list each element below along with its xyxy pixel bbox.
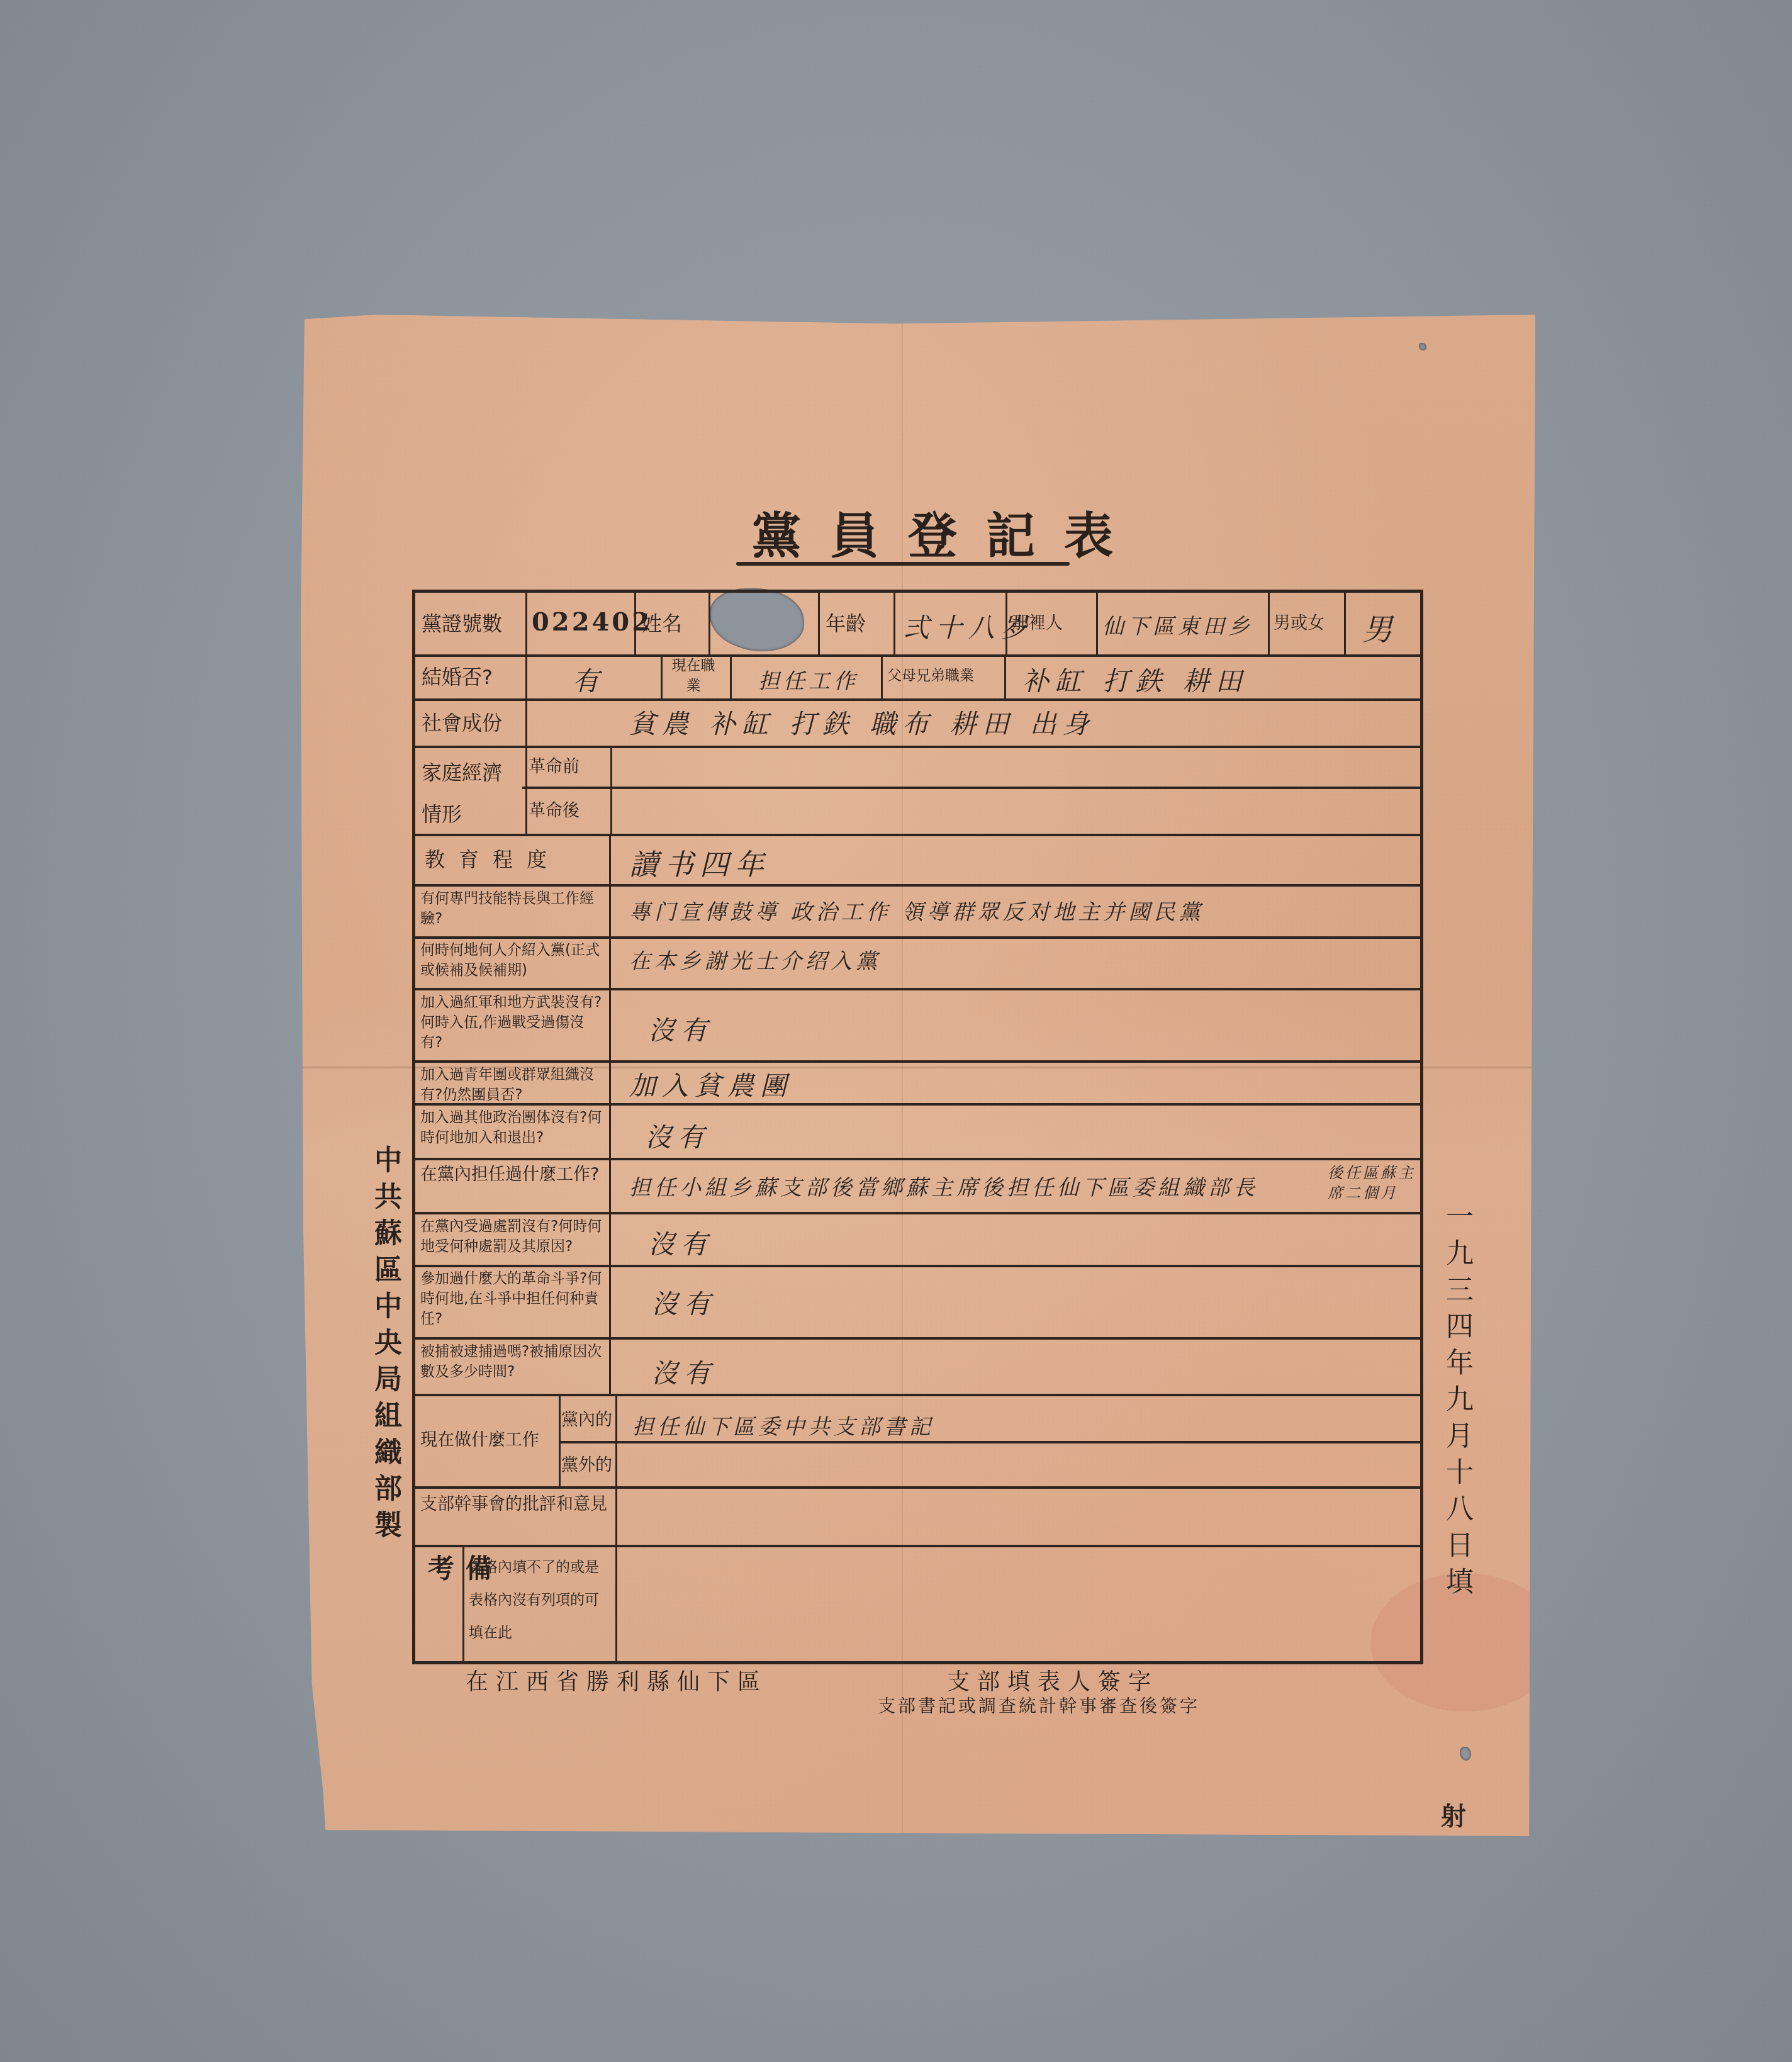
col-divider (730, 654, 732, 698)
row-divider (412, 654, 1423, 657)
row-divider (412, 1486, 1423, 1489)
col-divider (525, 654, 527, 698)
col-divider (1004, 654, 1006, 698)
married-value: 有 (573, 661, 605, 698)
question-label-youth-league: 加入過青年團或群眾組織沒有?仍然團員否? (420, 1065, 603, 1105)
col-divider (1096, 591, 1098, 654)
name-label: 姓名 (642, 610, 682, 637)
education-value: 讀书四年 (629, 842, 770, 883)
party-card-number-label: 黨證號數 (422, 610, 502, 637)
occupation-value: 担任工作 (758, 664, 859, 695)
party-card-number-value: 022402 (532, 607, 652, 637)
branch-comment-label: 支部幹事會的批評和意見 (420, 1493, 609, 1516)
row-divider (412, 988, 1423, 990)
question-value-party-positions: 担任小組乡蘇支部後當鄉蘇主席後担任仙下區委組織部長 (629, 1170, 1258, 1201)
question-value-struggles: 沒有 (651, 1284, 717, 1321)
row-divider (412, 746, 1423, 748)
question-label-punishment: 在黨內受過處罰沒有?何時何地受何种處罰及其原因? (420, 1216, 603, 1257)
question-value-red-army: 沒有 (648, 1010, 714, 1048)
in-party-work-value: 担任仙下區委中共支部書記 (632, 1409, 934, 1440)
origin-value: 仙下區東田乡 (1102, 609, 1253, 640)
document-title: 黨員登記表 (752, 497, 1079, 568)
footer-reviewer: 支部書記或調查統計幹事審查後簽字 (878, 1693, 1200, 1718)
question-label-party-positions: 在黨內担任過什麼工作? (420, 1163, 603, 1187)
question-label-skills: 有何專門技能特長與工作經驗? (420, 888, 603, 929)
col-divider (615, 1545, 617, 1664)
col-divider (708, 591, 710, 654)
col-divider (525, 698, 527, 834)
origin-label: 那裡人 (1012, 612, 1063, 636)
question-value-joined-party: 在本乡謝光士介绍入黨 (629, 944, 881, 975)
publisher-vertical-text: 中共蘇區中央局組織部製 (365, 1145, 405, 1547)
col-divider (610, 746, 612, 834)
small-hole (1419, 343, 1426, 350)
row-divider (412, 884, 1423, 887)
title-underline (736, 562, 1070, 566)
education-label: 教育程度 (425, 846, 561, 873)
row-divider (412, 1337, 1423, 1340)
row-divider (412, 1265, 1423, 1267)
row-divider (412, 1545, 1423, 1547)
row-divider (412, 698, 1423, 701)
question-label-red-army: 加入過紅軍和地方武裝沒有?何時入伍,作過戰受過傷沒有? (420, 992, 603, 1053)
col-divider (609, 834, 611, 1394)
col-divider (615, 1394, 617, 1486)
question-label-other-groups: 加入過其他政治團体沒有?何時何地加入和退出? (420, 1107, 603, 1148)
col-divider (1344, 591, 1346, 654)
question-value-other-groups: 沒有 (645, 1117, 710, 1155)
parents-occupation-label: 父母兄弟職業 (887, 666, 974, 686)
question-value-skills: 專门宣傳鼓導 政治工作 領導群眾反对地主并國民黨 (629, 895, 1204, 926)
corner-handwritten-mark: 射 (1441, 1796, 1472, 1832)
remarks-hint: 各格內填不了的或是表格內沒有列項的可填在此 (469, 1551, 610, 1649)
parents-occupation-value: 补缸 打鉄 耕田 (1022, 661, 1248, 698)
col-divider (818, 591, 820, 654)
age-label: 年齡 (826, 610, 866, 637)
gender-label: 男或女 (1274, 612, 1324, 636)
question-value-arrested: 沒有 (651, 1353, 717, 1391)
out-party-work-label: 黨外的 (561, 1454, 612, 1477)
col-divider (881, 654, 883, 698)
row-divider (412, 936, 1423, 939)
question-label-arrested: 被捕被逮捕過嗎?被捕原因次數及多少時間? (420, 1342, 603, 1382)
occupation-label: 現在職業 (668, 656, 719, 696)
question-value-youth-league: 加入貧農團 (629, 1065, 793, 1103)
row-divider (560, 1441, 1423, 1443)
row-divider (412, 834, 1423, 836)
row-divider (412, 1060, 1423, 1063)
before-revolution-label: 革命前 (529, 755, 580, 779)
married-label: 結婚否? (422, 664, 493, 690)
row-divider (412, 1158, 1423, 1160)
social-status-value: 貧農 补缸 打鉄 職布 耕田 出身 (629, 703, 1095, 741)
col-divider (893, 591, 895, 654)
col-divider (559, 1394, 561, 1486)
footer-location: 在江西省勝利縣仙下區 (466, 1664, 768, 1696)
current-work-label: 現在做什麼工作 (420, 1428, 539, 1452)
in-party-work-label: 黨內的 (561, 1408, 612, 1432)
footer-signer: 支部填表人簽字 (947, 1664, 1158, 1696)
party-positions-annotation: 後任區蘇主席二個月 (1328, 1163, 1416, 1203)
small-hole (1460, 1747, 1471, 1761)
question-label-joined-party: 何時何地何人介紹入黨(正式或候補及候補期) (420, 940, 603, 980)
question-label-struggles: 參加過什麼大的革命斗爭?何時何地,在斗爭中担任何种責任? (420, 1269, 603, 1329)
family-economy-label: 家庭經濟情形 (422, 752, 516, 835)
row-divider (522, 787, 1423, 789)
gender-value: 男 (1362, 605, 1399, 649)
question-value-punishment: 沒有 (648, 1224, 714, 1262)
col-divider (615, 1486, 617, 1545)
date-vertical-text: 一九三四年九月十八日填 (1436, 1202, 1477, 1603)
after-revolution-label: 革命後 (529, 799, 580, 823)
col-divider (661, 654, 663, 698)
social-status-label: 社會成份 (422, 710, 502, 736)
col-divider (1268, 591, 1270, 654)
row-divider (412, 1212, 1423, 1214)
row-divider (412, 1394, 1423, 1396)
col-divider (525, 591, 527, 654)
